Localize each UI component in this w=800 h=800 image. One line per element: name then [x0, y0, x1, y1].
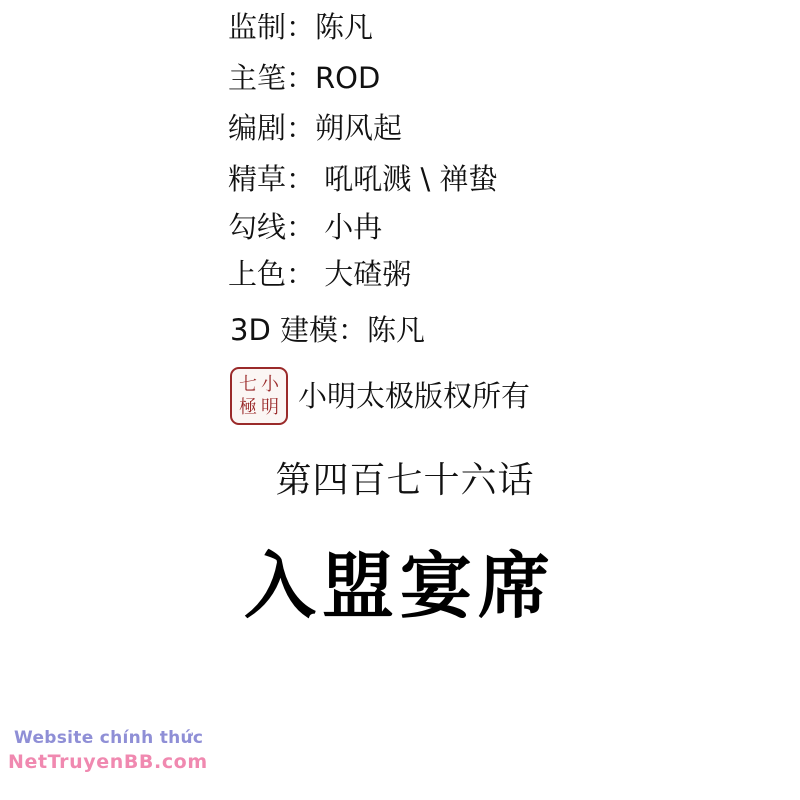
credit-separator: ： — [286, 257, 324, 291]
credit-coloring: 上色： 大碴粥 — [228, 257, 411, 291]
seal-char: 明 — [259, 396, 281, 419]
chapter-number: 第四百七十六话 — [0, 460, 800, 502]
credit-role: 上色 — [228, 257, 286, 291]
credit-name: ROD — [315, 61, 380, 95]
credit-role: 主笔 — [228, 61, 286, 95]
credit-separator: ： — [286, 162, 324, 196]
credit-supervisor: 监制：陈凡 — [228, 10, 373, 44]
credit-name: 吼吼溅 \ 禅蛰 — [324, 162, 497, 196]
credit-role: 监制 — [228, 10, 286, 44]
credit-screenwriter: 编剧：朔风起 — [228, 111, 402, 145]
credit-role: 勾线 — [228, 210, 286, 244]
credit-name: 陈凡 — [367, 313, 425, 347]
credit-role: 精草 — [228, 162, 286, 196]
seal-stamp-icon: 七 小 極 明 — [230, 367, 288, 425]
seal-char: 七 — [237, 373, 259, 396]
credit-separator: ： — [286, 10, 315, 44]
credit-name: 小冉 — [324, 210, 382, 244]
seal-char: 極 — [237, 396, 259, 419]
watermark-tagline: Website chính thức — [14, 727, 208, 749]
credit-name: 陈凡 — [315, 10, 373, 44]
credit-separator: ： — [338, 313, 367, 347]
site-watermark: Website chính thức NetTruyenBB.com — [14, 727, 208, 775]
seal-char: 小 — [259, 373, 281, 396]
credit-separator: ： — [286, 210, 324, 244]
credit-role: 3D 建模 — [230, 313, 338, 347]
credit-separator: ： — [286, 111, 315, 145]
credit-separator: ： — [286, 61, 315, 95]
credit-name: 朔风起 — [315, 111, 402, 145]
credit-3d-modeling: 3D 建模：陈凡 — [230, 313, 425, 347]
credit-lead-artist: 主笔：ROD — [228, 61, 380, 95]
copyright-notice: 七 小 極 明 小明太极版权所有 — [230, 364, 530, 428]
watermark-site-link[interactable]: NetTruyenBB.com — [8, 749, 208, 775]
copyright-text: 小明太极版权所有 — [298, 379, 530, 413]
credit-storyboard: 精草： 吼吼溅 \ 禅蛰 — [228, 162, 497, 196]
chapter-title: 入盟宴席 — [0, 544, 800, 628]
credit-role: 编剧 — [228, 111, 286, 145]
credit-name: 大碴粥 — [324, 257, 411, 291]
credit-line-art: 勾线： 小冉 — [228, 210, 382, 244]
